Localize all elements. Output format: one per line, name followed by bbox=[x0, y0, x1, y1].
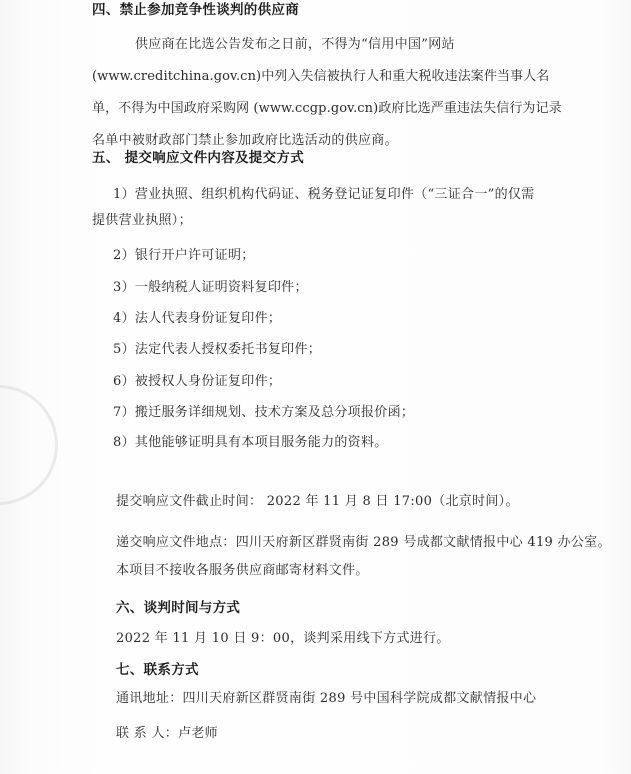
section-5-item-4: 4）法人代表身份证复印件； bbox=[113, 311, 281, 327]
section-7-heading: 七、联系方式 bbox=[116, 662, 199, 678]
contact-person: 联 系 人：卢老师 bbox=[116, 726, 218, 742]
section-6-heading: 六、谈判时间与方式 bbox=[116, 600, 240, 616]
section-5-item-5: 5）法定代表人授权委托书复印件； bbox=[113, 342, 321, 358]
negotiation-time: 2022 年 11 月 10 日 9：00，谈判采用线下方式进行。 bbox=[116, 631, 450, 647]
section-5-item-1-cont: 提供营业执照）； bbox=[92, 213, 192, 229]
section-4-paragraph-line-3: 单，不得为中国政府采购网 (www.ccgp.gov.cn)政府比选严重违法失信… bbox=[92, 101, 562, 117]
contact-address: 通讯地址：四川天府新区群贤南街 289 号中国科学院成都文献情报中心 bbox=[116, 691, 536, 707]
official-seal-stamp bbox=[0, 385, 58, 505]
section-4-paragraph-line-4: 名单中被财政部门禁止参加政府比选活动的供应商。 bbox=[92, 133, 398, 149]
section-5-item-2: 2）银行开户许可证明； bbox=[113, 248, 255, 264]
section-5-item-3: 3）一般纳税人证明资料复印件； bbox=[113, 280, 308, 296]
section-5-item-6: 6）被授权人身份证复印件； bbox=[113, 374, 281, 390]
section-5-item-7: 7）搬迁服务详细规划、技术方案及总分项报价函； bbox=[113, 405, 414, 421]
section-5-heading: 五、 提交响应文件内容及提交方式 bbox=[92, 150, 304, 166]
document-page: 四、禁止参加竞争性谈判的供应商 供应商在比选公告发布之日前，不得为“信用中国”网… bbox=[0, 0, 631, 774]
section-5-item-1: 1）营业执照、组织机构代码证、税务登记证复印件（“三证合一”的仅需 bbox=[113, 187, 534, 203]
section-4-heading: 四、禁止参加竞争性谈判的供应商 bbox=[92, 2, 299, 18]
submission-deadline: 提交响应文件截止时间： 2022 年 11 月 8 日 17:00（北京时间）。 bbox=[116, 494, 519, 510]
section-4-paragraph-line-1: 供应商在比选公告发布之日前，不得为“信用中国”网站 bbox=[135, 37, 455, 53]
submission-location: 递交响应文件地点：四川天府新区群贤南街 289 号成都文献情报中心 419 办公… bbox=[116, 535, 611, 551]
no-mail-note: 本项目不接收各服务供应商邮寄材料文件。 bbox=[116, 563, 369, 579]
section-4-paragraph-line-2: (www.creditchina.gov.cn)中列入失信被执行人和重大税收违法… bbox=[92, 69, 549, 85]
section-5-item-8: 8）其他能够证明具有本项目服务能力的资料。 bbox=[113, 435, 388, 451]
